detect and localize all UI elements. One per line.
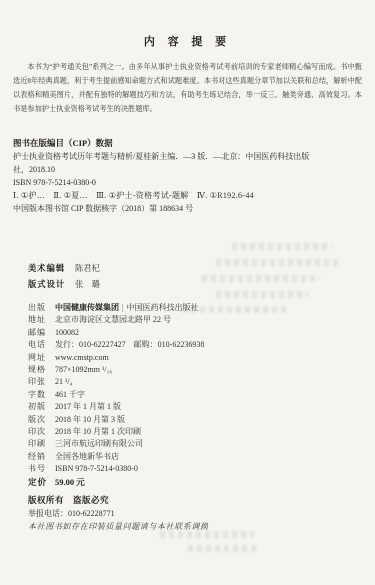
info-label: 初版 bbox=[28, 401, 55, 413]
publisher-name: 中国医药科技出版社 bbox=[127, 303, 199, 312]
info-value: 中国健康传媒集团|中国医药科技出版社 bbox=[55, 302, 362, 314]
report-phone-line: 举报电话：010-62228771 bbox=[28, 507, 362, 520]
content-summary-heading: 内 容 提 要 bbox=[13, 33, 362, 49]
info-value: 100082 bbox=[55, 327, 362, 339]
cip-title-line-2: 社，2018.10 bbox=[13, 163, 362, 176]
info-row-phone: 电话 发行：010-62227427 邮购：010-62236938 bbox=[28, 339, 362, 351]
info-row-wordcount: 字数 461 千字 bbox=[28, 389, 362, 401]
info-value: 461 千字 bbox=[55, 389, 362, 401]
info-label: 定价 bbox=[28, 476, 55, 488]
info-row-printer: 印刷 三河市航远印刷有限公司 bbox=[28, 438, 362, 450]
publisher-divider: | bbox=[122, 303, 124, 312]
info-label: 规格 bbox=[28, 364, 55, 376]
cip-data-block: 图书在版编目（CIP）数据 护士执业资格考试历年考题与精析/夏桂新主编．—3 版… bbox=[13, 137, 362, 215]
credit-label: 版式设计 bbox=[28, 277, 75, 293]
info-row-postcode: 邮编 100082 bbox=[28, 327, 362, 339]
cip-classification: Ⅰ. ①护… Ⅱ. ①夏… Ⅲ. ①护士-资格考试-题解 Ⅳ. ①R192.6-… bbox=[13, 189, 362, 202]
info-value: 2018 年 10 月第 3 版 bbox=[55, 414, 362, 426]
info-row-impression: 印次 2018 年 10 月第 1 次印刷 bbox=[28, 426, 362, 438]
credit-label: 美术编辑 bbox=[28, 261, 75, 277]
info-label: 网址 bbox=[28, 352, 55, 364]
info-row-isbn: 书号 ISBN 978-7-5214-0380-0 bbox=[28, 463, 362, 475]
credits-block: 美术编辑 陈君杞 版式设计 张 璐 bbox=[28, 261, 362, 293]
info-label: 邮编 bbox=[28, 327, 55, 339]
info-label: 电话 bbox=[28, 339, 55, 351]
copyright-rights-statement: 版权所有 盗版必究 bbox=[28, 494, 362, 507]
credit-art-editor: 美术编辑 陈君杞 bbox=[28, 261, 362, 277]
quality-exchange-note: 本社图书如存在印装质量问题请与本社联系调换 bbox=[28, 520, 362, 533]
info-label: 书号 bbox=[28, 463, 55, 475]
info-row-format: 规格 787×1092mm ¹/₁₆ bbox=[28, 364, 362, 376]
bleedthrough-smudge bbox=[188, 545, 258, 552]
info-row-sheets: 印张 21 ³/₄ bbox=[28, 376, 362, 388]
info-label: 出版 bbox=[28, 302, 55, 314]
info-value: 787×1092mm ¹/₁₆ bbox=[55, 364, 362, 376]
info-label: 印刷 bbox=[28, 438, 55, 450]
cip-title-line-1: 护士执业资格考试历年考题与精析/夏桂新主编．—3 版．—北京：中国医药科技出版 bbox=[13, 150, 362, 163]
info-value: 三河市航远印刷有限公司 bbox=[55, 438, 362, 450]
info-value: 发行：010-62227427 邮购：010-62236938 bbox=[55, 339, 362, 351]
info-label: 版次 bbox=[28, 414, 55, 426]
info-label: 字数 bbox=[28, 389, 55, 401]
info-value: 北京市海淀区文慧园北路甲 22 号 bbox=[55, 314, 362, 326]
cip-heading: 图书在版编目（CIP）数据 bbox=[13, 137, 362, 150]
bleedthrough-smudge bbox=[232, 243, 332, 250]
cip-isbn: ISBN 978-7-5214-0380-0 bbox=[13, 176, 362, 189]
publisher-group-name: 中国健康传媒集团 bbox=[55, 303, 119, 312]
info-value: 59.00 元 bbox=[55, 476, 362, 488]
content-summary-paragraph: 本书为“护考通关包”系列之一。由多年从事护士执业资格考试考前培训的专家老师精心编… bbox=[13, 60, 362, 116]
copyright-footer: 版权所有 盗版必究 举报电话：010-62228771 本社图书如存在印装质量问… bbox=[28, 494, 362, 533]
info-label: 印张 bbox=[28, 376, 55, 388]
credit-value: 张 璐 bbox=[75, 277, 100, 293]
info-value: 21 ³/₄ bbox=[55, 376, 362, 388]
credit-layout-designer: 版式设计 张 璐 bbox=[28, 277, 362, 293]
info-row-price: 定价 59.00 元 bbox=[28, 476, 362, 488]
cip-record-number: 中国版本图书馆 CIP 数据核字（2018）第 188634 号 bbox=[13, 202, 362, 215]
info-value: 2018 年 10 月第 1 次印刷 bbox=[55, 426, 362, 438]
info-row-website: 网址 www.cmstp.com bbox=[28, 352, 362, 364]
publication-info-list: 出版 中国健康传媒集团|中国医药科技出版社 地址 北京市海淀区文慧园北路甲 22… bbox=[28, 302, 362, 488]
info-value: www.cmstp.com bbox=[55, 352, 362, 364]
credit-value: 陈君杞 bbox=[75, 261, 100, 277]
info-row-first-edition: 初版 2017 年 1 月第 1 版 bbox=[28, 401, 362, 413]
info-value: 全国各地新华书店 bbox=[55, 451, 362, 463]
info-label: 印次 bbox=[28, 426, 55, 438]
info-value: 2017 年 1 月第 1 版 bbox=[55, 401, 362, 413]
info-label: 经销 bbox=[28, 451, 55, 463]
info-row-address: 地址 北京市海淀区文慧园北路甲 22 号 bbox=[28, 314, 362, 326]
book-copyright-page: 内 容 提 要 本书为“护考通关包”系列之一。由多年从事护士执业资格考试考前培训… bbox=[0, 0, 375, 585]
info-row-edition: 版次 2018 年 10 月第 3 版 bbox=[28, 414, 362, 426]
info-label: 地址 bbox=[28, 314, 55, 326]
info-row-distributor: 经销 全国各地新华书店 bbox=[28, 451, 362, 463]
info-row-publisher: 出版 中国健康传媒集团|中国医药科技出版社 bbox=[28, 302, 362, 314]
info-value: ISBN 978-7-5214-0380-0 bbox=[55, 463, 362, 475]
